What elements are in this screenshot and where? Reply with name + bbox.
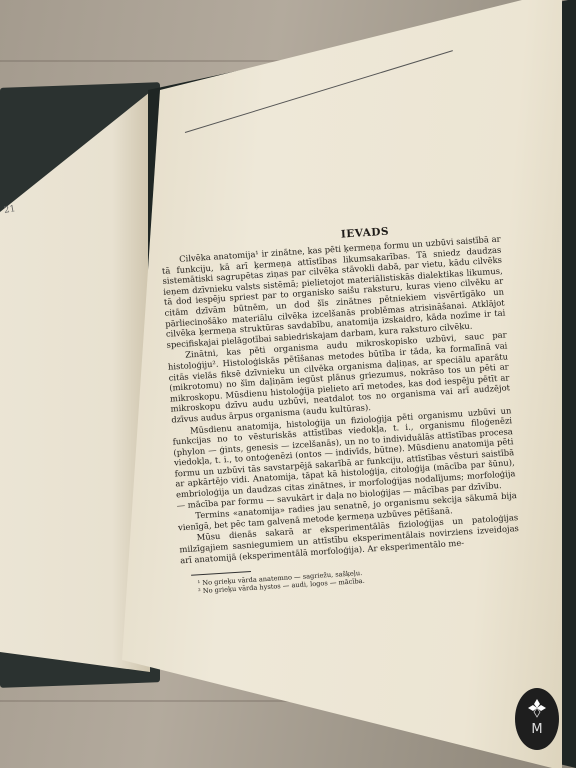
page-text-block: IEVADS Cilvēka anatomija¹ ir zinātne, ka… bbox=[160, 219, 522, 597]
flower-logo-icon bbox=[527, 698, 547, 718]
left-page-mark: 21 bbox=[3, 204, 16, 216]
watermark-badge: M bbox=[515, 688, 559, 750]
footnote-rule bbox=[191, 571, 251, 576]
watermark-letter: M bbox=[515, 722, 559, 737]
